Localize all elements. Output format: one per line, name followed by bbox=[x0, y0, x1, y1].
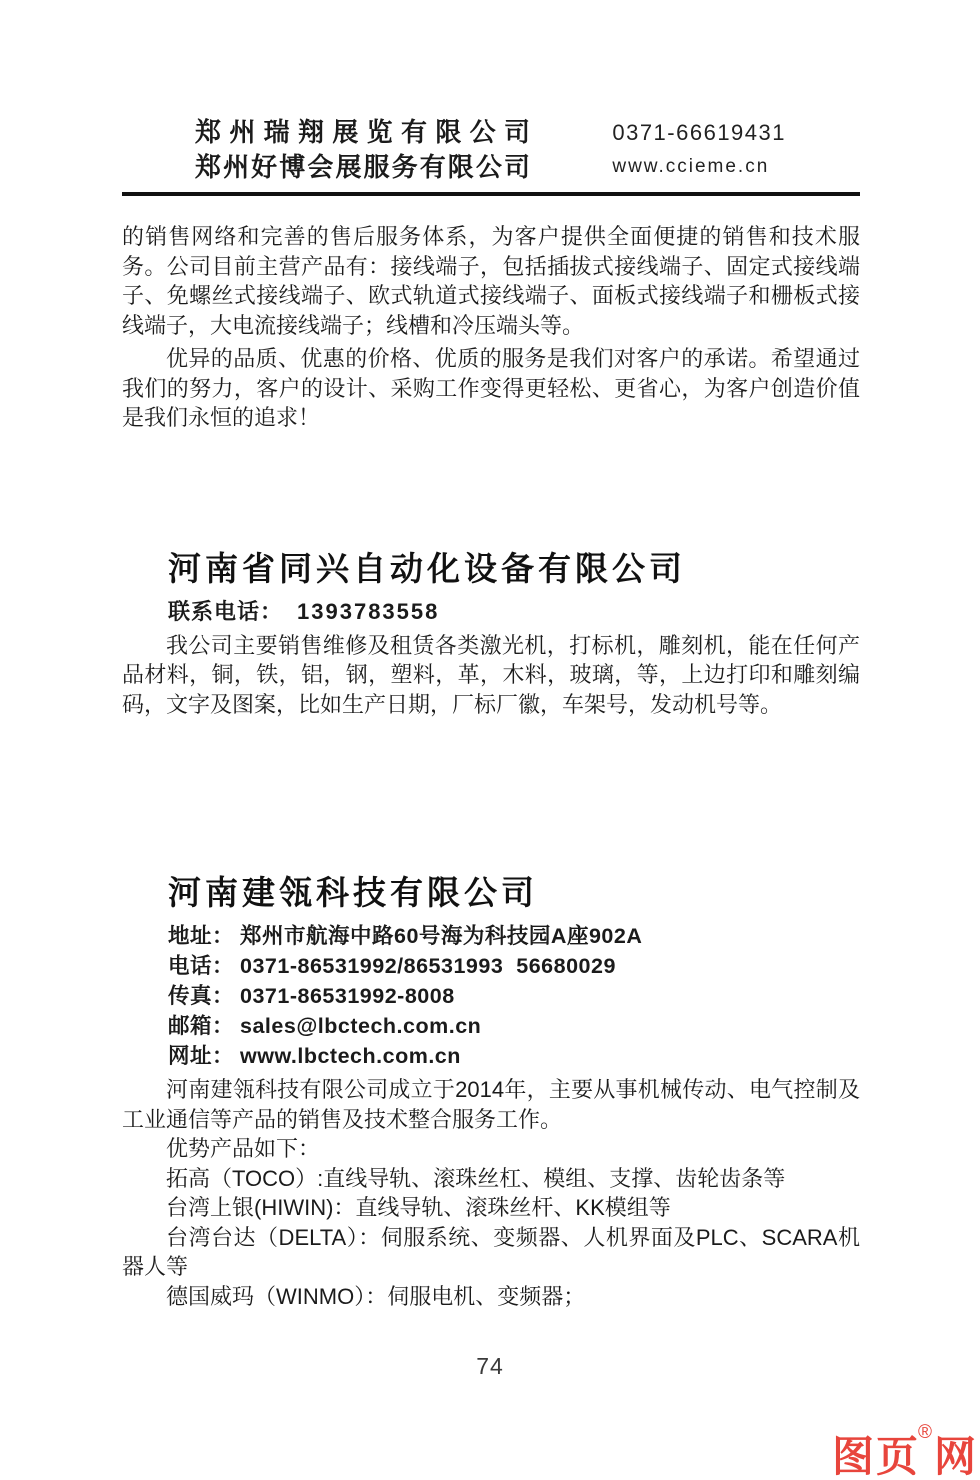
watermark-text-left: 图页 bbox=[832, 1433, 920, 1480]
header-company-line-2: 郑州好博会展服务有限公司 bbox=[195, 150, 531, 185]
document-page: 郑州瑞翔展览有限公司 郑州好博会展服务有限公司 0371-66619431 ww… bbox=[0, 0, 980, 1480]
company2-address-label: 地址： bbox=[168, 924, 234, 948]
company2-website-label: 网址： bbox=[168, 1044, 234, 1068]
company2-info-block: 地址：郑州市航海中路60号海为科技园A座902A 电话：0371-8653199… bbox=[168, 921, 860, 1071]
header-divider bbox=[122, 192, 860, 196]
company2-website-line: 网址：www.lbctech.com.cn bbox=[168, 1041, 860, 1071]
company-section-lbctech: 河南建瓴科技有限公司 地址：郑州市航海中路60号海为科技园A座902A 电话：0… bbox=[122, 873, 860, 1311]
company2-fax: 0371-86531992-8008 bbox=[240, 984, 455, 1008]
company1-description: 我公司主要销售维修及租赁各类激光机，打标机，雕刻机，能在任何产品材料，铜，铁，铝… bbox=[122, 631, 860, 720]
company2-title: 河南建瓴科技有限公司 bbox=[168, 873, 860, 913]
company2-fax-label: 传真： bbox=[168, 984, 234, 1008]
company2-website: www.lbctech.com.cn bbox=[240, 1044, 461, 1068]
header-phone: 0371-66619431 bbox=[612, 115, 786, 150]
company1-title: 河南省同兴自动化设备有限公司 bbox=[168, 549, 860, 589]
company2-email-line: 邮箱：sales@lbctech.com.cn bbox=[168, 1011, 860, 1041]
company2-phone: 0371-86531992/86531993 56680029 bbox=[240, 954, 616, 978]
header-company-names: 郑州瑞翔展览有限公司 郑州好博会展服务有限公司 bbox=[195, 115, 531, 185]
company1-contact-phone: 1393783558 bbox=[297, 599, 439, 624]
watermark: 图页®网 bbox=[832, 1436, 978, 1478]
company2-address: 郑州市航海中路60号海为科技园A座902A bbox=[240, 924, 642, 948]
header-row: 郑州瑞翔展览有限公司 郑州好博会展服务有限公司 0371-66619431 ww… bbox=[122, 115, 860, 185]
product-line-delta: 台湾台达（DELTA）：伺服系统、变频器、人机界面及PLC、SCARA机器人等 bbox=[122, 1223, 860, 1282]
registered-trademark-icon: ® bbox=[918, 1422, 932, 1443]
company2-email-label: 邮箱： bbox=[168, 1014, 234, 1038]
header-company-line-1: 郑州瑞翔展览有限公司 bbox=[195, 115, 531, 150]
product-line-hiwin: 台湾上银(HIWIN)：直线导轨、滚珠丝杆、KK模组等 bbox=[122, 1193, 860, 1223]
header-contact: 0371-66619431 www.ccieme.cn bbox=[612, 115, 786, 183]
company2-phone-line: 电话：0371-86531992/86531993 56680029 bbox=[168, 951, 860, 981]
product-line-toco: 拓高（TOCO）:直线导轨、滚珠丝杠、模组、支撑、齿轮齿条等 bbox=[122, 1164, 860, 1194]
watermark-text-right: 网 bbox=[934, 1433, 978, 1480]
company2-email: sales@lbctech.com.cn bbox=[240, 1014, 481, 1038]
company2-phone-label: 电话： bbox=[168, 954, 234, 978]
company2-address-line: 地址：郑州市航海中路60号海为科技园A座902A bbox=[168, 921, 860, 951]
company2-fax-line: 传真：0371-86531992-8008 bbox=[168, 981, 860, 1011]
company1-contact-line: 联系电话：1393783558 bbox=[168, 597, 860, 627]
product-line-winmo: 德国威玛（WINMO）：伺服电机、变频器； bbox=[122, 1282, 860, 1312]
page-number: 74 bbox=[0, 1353, 980, 1380]
intro-paragraph-2: 优异的品质、优惠的价格、优质的服务是我们对客户的承诺。希望通过我们的努力，客户的… bbox=[122, 344, 860, 433]
page-header: 郑州瑞翔展览有限公司 郑州好博会展服务有限公司 0371-66619431 ww… bbox=[122, 115, 860, 196]
company2-products: 优势产品如下： 拓高（TOCO）:直线导轨、滚珠丝杠、模组、支撑、齿轮齿条等 台… bbox=[122, 1134, 860, 1311]
intro-paragraph-1: 的销售网络和完善的售后服务体系，为客户提供全面便捷的销售和技术服务。公司目前主营… bbox=[122, 222, 860, 340]
company-section-tongxing: 河南省同兴自动化设备有限公司 联系电话：1393783558 我公司主要销售维修… bbox=[122, 549, 860, 720]
header-website: www.ccieme.cn bbox=[612, 150, 786, 183]
products-intro: 优势产品如下： bbox=[122, 1134, 860, 1164]
company1-contact-label: 联系电话： bbox=[168, 599, 283, 624]
company2-description: 河南建瓴科技有限公司成立于2014年，主要从事机械传动、电气控制及工业通信等产品… bbox=[122, 1075, 860, 1134]
